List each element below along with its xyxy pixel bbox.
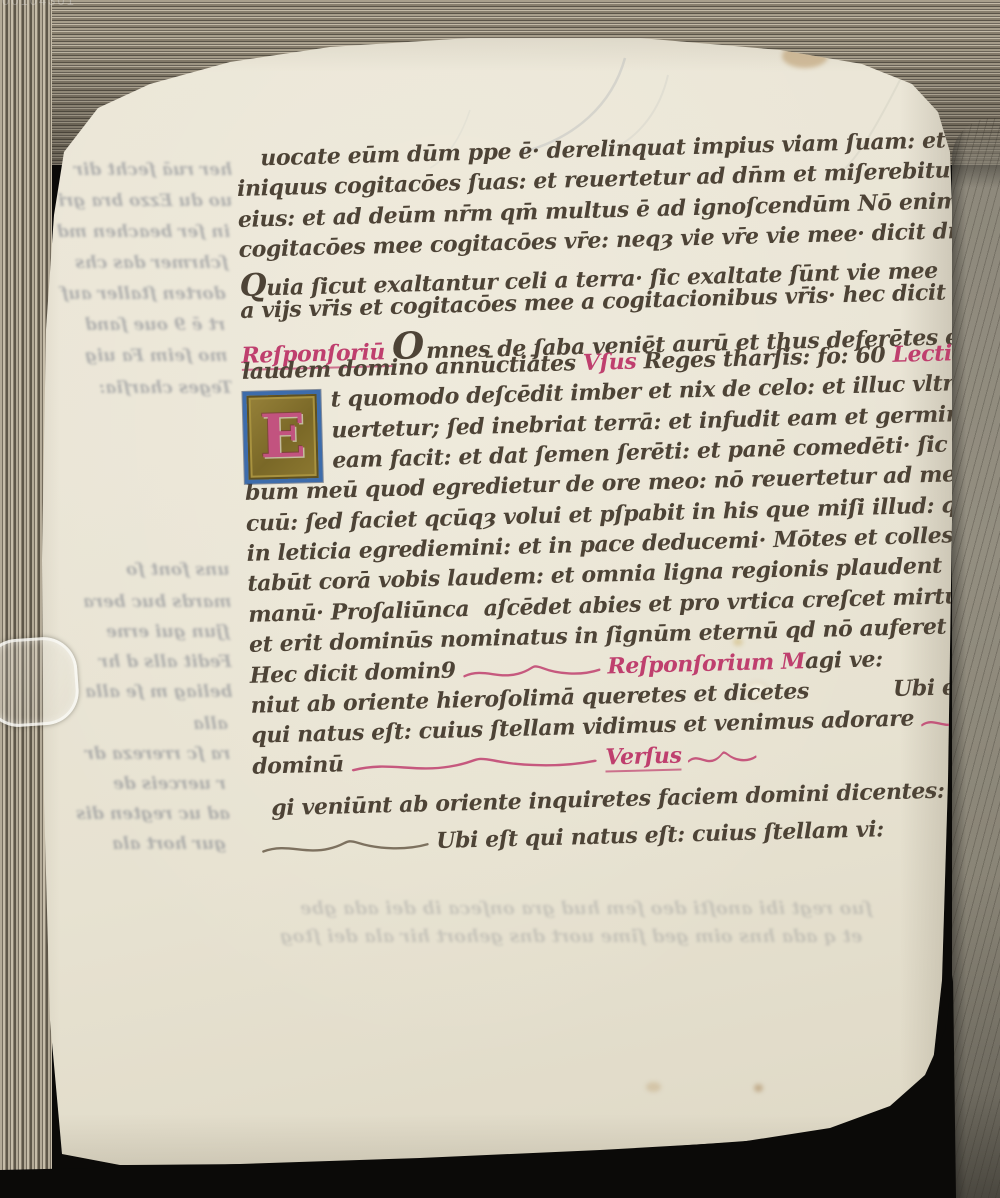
showthrough-line: gur hort ala [112, 834, 226, 854]
body-text: dominū [252, 751, 344, 779]
showthrough-line: alla [193, 714, 228, 734]
rubric-flourish [687, 750, 757, 768]
rubric-flourish [349, 754, 599, 777]
showthrough-line: her ruā ſecht dir [74, 160, 232, 180]
image-id-watermark: 00104301 [2, 0, 76, 8]
book-fore-edge [952, 118, 1000, 1198]
page-holder-clip [0, 635, 81, 729]
rubric-text: Vſus [583, 348, 644, 376]
showthrough-line: uns font ſo [126, 560, 230, 580]
showthrough-line: Fedit alls d hr [99, 652, 232, 672]
showthrough-line: dorten ſtaller auf [61, 284, 226, 304]
showthrough-line: r uerceis de [113, 774, 226, 794]
showthrough-line: uo du Ezzo bra gri [58, 191, 232, 211]
body-text: Ubi eſt qui natus eſt: cuius ſtellam vi: [436, 816, 884, 854]
showthrough-line: in ſer beachen md [57, 222, 230, 242]
showthrough-line: rt ē 9 oue ſand [85, 315, 225, 335]
body-text: Reges tharſis: fo: 60 [643, 342, 893, 375]
manuscript-page: her ruā ſecht diruo du Ezzo bra griin ſe… [0, 0, 1000, 1198]
showthrough-line: Teges charſia: [99, 378, 232, 398]
body-text: agi ve: [805, 646, 883, 674]
showthrough-line: mo ſeim Fa uig [85, 346, 228, 366]
showthrough-line: ra ſc rrereza dr [85, 744, 230, 764]
showthrough-line: ſuo regt ibi anoſti deo ſem hud gra onſe… [300, 898, 872, 919]
showthrough-line: ad uc regten dis [76, 804, 230, 824]
line-gap [809, 696, 893, 698]
rubric-text: M [781, 648, 806, 675]
showthrough-line: et q ada hns oim ged ſime uort dns gehor… [280, 926, 862, 947]
rubric-flourish [461, 663, 601, 683]
initial-gold-panel: E [247, 394, 319, 480]
showthrough-line: ſjun gui erne [106, 622, 230, 642]
showthrough-line: mards buc bera [83, 592, 232, 612]
showthrough-line: beliag m ſe alla [85, 682, 232, 702]
rubric-text: Reſponſorium [607, 649, 781, 680]
illuminated-initial-E: E [242, 390, 322, 484]
initial-letter: E [259, 401, 306, 472]
rubric-text: Verſus [605, 742, 682, 772]
stain [646, 1082, 661, 1092]
line-gap [764, 755, 977, 761]
ink-flourish [260, 837, 430, 857]
text-block: E uocate eūm dūm ppe ē· derelinquat impi… [236, 127, 979, 863]
body-text: gi veniūnt ab oriente inquiretes faciem … [271, 778, 945, 822]
photo-scene: her ruā ſecht diruo du Ezzo bra griin ſe… [0, 0, 1000, 1198]
stain [754, 1084, 763, 1092]
showthrough-line: ſchrmer das chs [75, 253, 228, 273]
body-text: Hec dicit domin9 [250, 657, 456, 688]
